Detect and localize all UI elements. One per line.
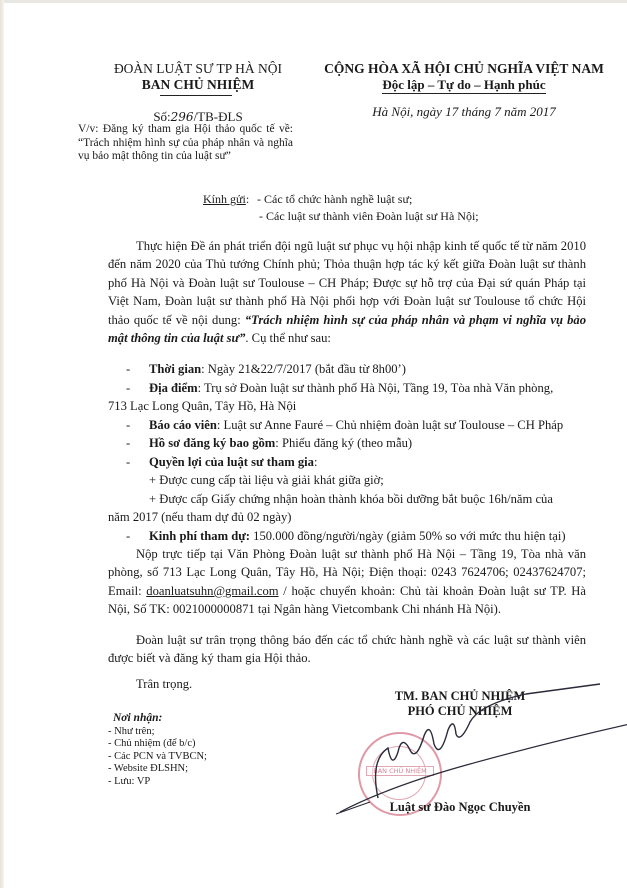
fee-value: 150.000 đồng/người/ngày (giảm 50% so với… bbox=[250, 529, 566, 543]
scan-left-edge bbox=[0, 0, 4, 888]
payment-paragraph: Nộp trực tiếp tại Văn Phòng Đoàn luật sư… bbox=[108, 545, 586, 619]
intro-paragraph: Thực hiện Đề án phát triển đội ngũ luật … bbox=[108, 237, 586, 347]
fee-label: Kinh phí tham dự: bbox=[149, 529, 250, 543]
national-motto: Độc lập – Tự do – Hạnh phúc bbox=[306, 77, 622, 93]
detail-value: Luật sư Anne Fauré – Chủ nhiệm đoàn luật… bbox=[224, 418, 564, 432]
detail-label: Báo cáo viên bbox=[149, 418, 217, 432]
nation-title: CỘNG HÒA XÃ HỘI CHỦ NGHĨA VIỆT NAM bbox=[306, 61, 622, 77]
number-handwritten: 296 bbox=[171, 110, 194, 124]
detail-label: Hồ sơ đăng ký bao gồm bbox=[149, 436, 275, 450]
detail-sep: : bbox=[275, 436, 282, 450]
benefit-text: + Được cấp Giấy chứng nhận hoàn thành kh… bbox=[149, 490, 586, 508]
closing-notice: Đoàn luật sư trân trọng thông báo đến cá… bbox=[108, 631, 586, 668]
distribution-item: - Như trên; bbox=[108, 726, 155, 739]
detail-value: Ngày 21&22/7/2017 (bắt đầu từ 8h00’) bbox=[208, 362, 406, 376]
distribution-item: - Lưu: VP bbox=[108, 776, 150, 789]
distribution-title: Nơi nhận: bbox=[113, 711, 162, 725]
distribution-item: - Các PCN và TVBCN; bbox=[108, 751, 207, 764]
number-prefix: Số: bbox=[153, 109, 170, 124]
document-subject: V/v: Đăng ký tham gia Hội thảo quốc tế v… bbox=[78, 123, 293, 164]
benefit-text: + Được cung cấp tài liệu và giải khát gi… bbox=[149, 471, 586, 489]
recipient-item: - Các luật sư thành viên Đoàn luật sư Hà… bbox=[259, 208, 479, 224]
detail-sep: : bbox=[314, 455, 318, 469]
detail-label: Quyền lợi của luật sư tham gia bbox=[149, 455, 314, 469]
header-divider bbox=[160, 95, 232, 96]
detail-sep: : bbox=[217, 418, 224, 432]
detail-sep: : bbox=[201, 362, 208, 376]
signer-name: Luật sư Đào Ngọc Chuyền bbox=[370, 800, 550, 815]
document-date: Hà Nội, ngày 17 tháng 7 năm 2017 bbox=[306, 104, 622, 120]
benefit-item-continuation: năm 2017 (nếu tham dự đủ 02 ngày) bbox=[108, 508, 586, 526]
scan-top-edge bbox=[0, 0, 627, 3]
motto-text: Độc lập – Tự do – Hạnh phúc bbox=[382, 77, 545, 94]
detail-value: Trụ sở Đoàn luật sư thành phố Hà Nội, Tầ… bbox=[204, 381, 553, 395]
recipients-label: Kính gửi: bbox=[203, 191, 249, 207]
number-suffix: /TB-ĐLS bbox=[194, 109, 243, 124]
detail-value: Phiếu đăng ký (theo mẫu) bbox=[282, 436, 412, 450]
organization-unit: BAN CHỦ NHIỆM bbox=[98, 77, 298, 93]
detail-location-continuation: 713 Lạc Long Quân, Tây Hồ, Hà Nội bbox=[108, 397, 586, 415]
detail-value-continued: 713 Lạc Long Quân, Tây Hồ, Hà Nội bbox=[108, 399, 296, 413]
detail-label: Thời gian bbox=[149, 362, 201, 376]
organization-name: ĐOÀN LUẬT SƯ TP HÀ NỘI bbox=[98, 61, 298, 77]
distribution-item: - Website ĐLSHN; bbox=[108, 763, 188, 776]
distribution-item: - Chủ nhiệm (để b/c) bbox=[108, 738, 195, 751]
recipients-colon: : bbox=[246, 192, 249, 206]
benefit-text: năm 2017 (nếu tham dự đủ 02 ngày) bbox=[108, 510, 291, 524]
email-link[interactable]: doanluatsuhn@gmail.com bbox=[146, 584, 278, 598]
detail-label: Địa điểm bbox=[149, 381, 198, 395]
recipient-item: - Các tổ chức hành nghề luật sư; bbox=[257, 191, 412, 207]
recipients-label-text: Kính gửi bbox=[203, 192, 246, 206]
intro-tail: . Cụ thể như sau: bbox=[245, 331, 331, 345]
